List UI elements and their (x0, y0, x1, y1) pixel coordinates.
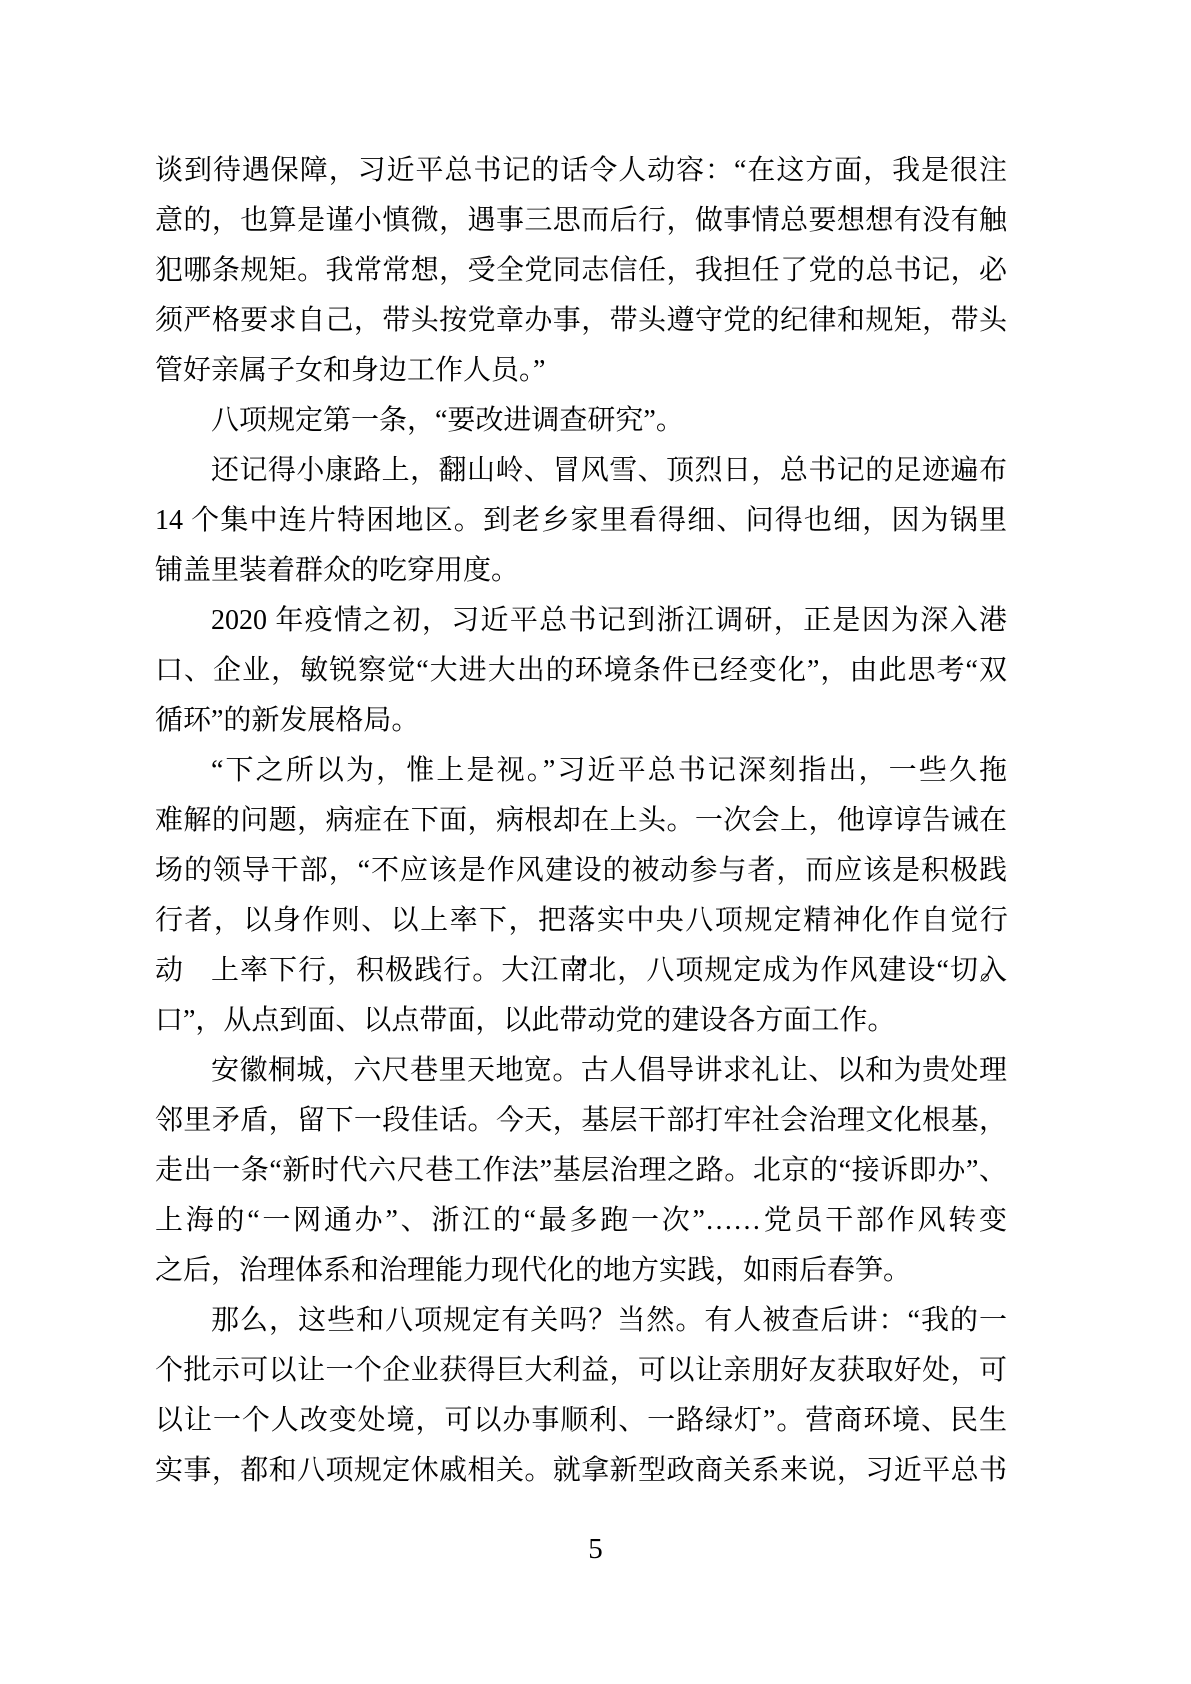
text-line: “下之所以为，惟上是视。”习近平总书记深刻指出，一些久拖 (155, 746, 1007, 796)
text-line: 上海的“一网通办”、浙江的“最多跑一次”……党员干部作风转变 (155, 1196, 1007, 1246)
text-line: 之后，治理体系和治理能力现代化的地方实践，如雨后春笋。 (155, 1246, 1007, 1296)
text-line: 上率下行，积极践行。大江南北，八项规定成为作风建设“切入 (155, 946, 1007, 996)
document-page: 谈到待遇保障，习近平总书记的话令人动容：“在这方面，我是很注意的，也算是谨小慎微… (0, 0, 1191, 1684)
text-line: 循环”的新发展格局。 (155, 696, 1007, 746)
text-line: 2020 年疫情之初，习近平总书记到浙江调研，正是因为深入港 (155, 596, 1007, 646)
text-line: 管好亲属子女和身边工作人员。” (155, 346, 1007, 396)
paragraph: 谈到待遇保障，习近平总书记的话令人动容：“在这方面，我是很注意的，也算是谨小慎微… (155, 146, 1007, 396)
text-line: 八项规定第一条，“要改进调查研究”。 (155, 396, 1007, 446)
paragraph: “下之所以为，惟上是视。”习近平总书记深刻指出，一些久拖难解的问题，病症在下面，… (155, 746, 1007, 946)
paragraph: 还记得小康路上，翻山岭、冒风雪、顶烈日，总书记的足迹遍布14 个集中连片特困地区… (155, 446, 1007, 596)
text-line: 安徽桐城，六尺巷里天地宽。古人倡导讲求礼让、以和为贵处理 (155, 1046, 1007, 1096)
text-line: 行者，以身作则、以上率下，把落实中央八项规定精神化作自觉行动”。 (155, 896, 1007, 946)
page-number: 5 (0, 1532, 1191, 1566)
text-line: 个批示可以让一个企业获得巨大利益，可以让亲朋好友获取好处，可 (155, 1346, 1007, 1396)
text-line: 实事，都和八项规定休戚相关。就拿新型政商关系来说，习近平总书 (155, 1446, 1007, 1496)
text-line: 须严格要求自己，带头按党章办事，带头遵守党的纪律和规矩，带头 (155, 296, 1007, 346)
paragraph: 八项规定第一条，“要改进调查研究”。 (155, 396, 1007, 446)
text-line: 还记得小康路上，翻山岭、冒风雪、顶烈日，总书记的足迹遍布 (155, 446, 1007, 496)
text-line: 邻里矛盾，留下一段佳话。今天，基层干部打牢社会治理文化根基， (155, 1096, 1007, 1146)
text-line: 口”，从点到面、以点带面，以此带动党的建设各方面工作。 (155, 996, 1007, 1046)
paragraph: 2020 年疫情之初，习近平总书记到浙江调研，正是因为深入港口、企业，敏锐察觉“… (155, 596, 1007, 746)
text-line: 走出一条“新时代六尺巷工作法”基层治理之路。北京的“接诉即办”、 (155, 1146, 1007, 1196)
text-line: 铺盖里装着群众的吃穿用度。 (155, 546, 1007, 596)
text-line: 以让一个人改变处境，可以办事顺利、一路绿灯”。营商环境、民生 (155, 1396, 1007, 1446)
text-line: 意的，也算是谨小慎微，遇事三思而后行，做事情总要想想有没有触 (155, 196, 1007, 246)
paragraph: 那么，这些和八项规定有关吗？当然。有人被查后讲：“我的一个批示可以让一个企业获得… (155, 1296, 1007, 1496)
text-line: 14 个集中连片特困地区。到老乡家里看得细、问得也细，因为锅里 (155, 496, 1007, 546)
text-line: 谈到待遇保障，习近平总书记的话令人动容：“在这方面，我是很注 (155, 146, 1007, 196)
text-line: 犯哪条规矩。我常常想，受全党同志信任，我担任了党的总书记，必 (155, 246, 1007, 296)
text-line: 口、企业，敏锐察觉“大进大出的环境条件已经变化”，由此思考“双 (155, 646, 1007, 696)
document-body: 谈到待遇保障，习近平总书记的话令人动容：“在这方面，我是很注意的，也算是谨小慎微… (155, 146, 1007, 1496)
text-line: 难解的问题，病症在下面，病根却在上头。一次会上，他谆谆告诫在 (155, 796, 1007, 846)
text-line: 那么，这些和八项规定有关吗？当然。有人被查后讲：“我的一 (155, 1296, 1007, 1346)
text-line: 场的领导干部，“不应该是作风建设的被动参与者，而应该是积极践 (155, 846, 1007, 896)
paragraph: 安徽桐城，六尺巷里天地宽。古人倡导讲求礼让、以和为贵处理邻里矛盾，留下一段佳话。… (155, 1046, 1007, 1296)
paragraph: 上率下行，积极践行。大江南北，八项规定成为作风建设“切入口”，从点到面、以点带面… (155, 946, 1007, 1046)
